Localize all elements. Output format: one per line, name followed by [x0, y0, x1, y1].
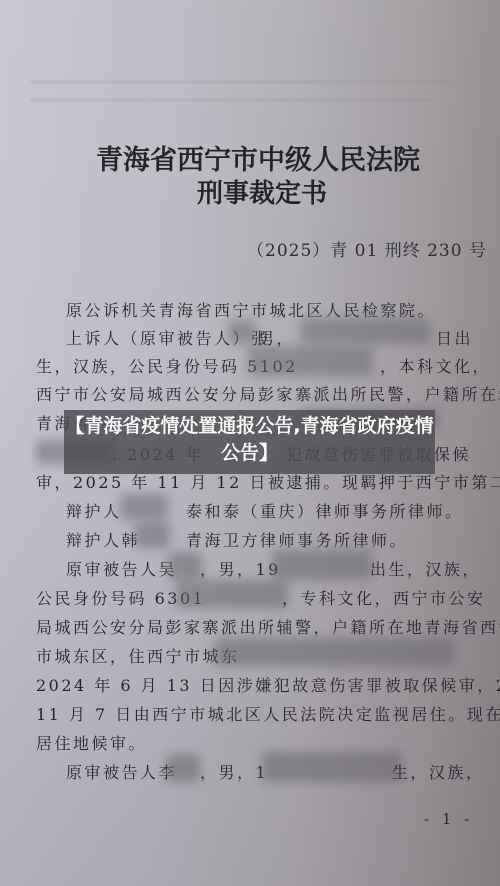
redaction [248, 346, 373, 376]
defendant-2-education: ，专科文化，西宁市公安 [282, 586, 486, 609]
redaction [166, 754, 200, 782]
redaction [228, 320, 256, 344]
defendant-2-label: 原审被告人吴 [66, 557, 177, 580]
case-number: （2025）青 01 刑终 230 号 [247, 236, 487, 261]
defender-2-firm: 青海卫方律师事务所律师。 [186, 528, 408, 551]
defendant-2-gender: ，男，19 [200, 557, 281, 580]
redaction [120, 494, 168, 520]
defender-1-firm: 泰和泰（重庆）律师事务所律师。 [186, 499, 464, 522]
appellant-occupation-line: 西宁市公安局城西公安分局彭家寨派出所民警，户籍所在地 [36, 382, 500, 405]
document-type: 刑事裁定书 [12, 173, 500, 210]
defendant-3-birth: 生，汉族， [392, 760, 485, 783]
headline-overlay-text: 【青海省疫情处置通报公告,青海省政府疫情公告】 [64, 413, 435, 467]
faded-background-text [30, 80, 470, 116]
defendant-2-bail-line: 2024 年 6 月 13 日因涉嫌犯故意伤害罪被取保候审，2025 年 [36, 673, 500, 696]
defendant-3-label: 原审被告人李 [66, 760, 177, 783]
appellant-birth-suffix: 日出 [436, 326, 473, 349]
court-name: 青海省西宁市中级人民法院 [8, 138, 500, 177]
defender-2-label: 辩护人韩 [66, 528, 140, 551]
defendant-2-occupation-line: 局城西公安分局彭家寨派出所辅警，户籍所在地青海省西宁 [36, 615, 500, 638]
redaction [168, 552, 202, 580]
redaction [214, 638, 454, 666]
defendant-2-birth: 出生，汉族， [370, 557, 481, 580]
defendant-2-residence-line: 市城东区，住西宁市城东 [36, 644, 240, 667]
redaction [272, 550, 372, 580]
defendant-3-gender: ，男，1 [200, 760, 268, 783]
redaction [134, 522, 170, 548]
appellant-education: ，本科文化， [380, 354, 491, 377]
redaction [300, 318, 430, 344]
page-number: - 1 - [424, 810, 473, 828]
defender-1-label: 辩护人 [66, 499, 122, 522]
redaction [176, 580, 288, 608]
defendant-2-status-line: 居住地候审。 [36, 731, 147, 754]
defendant-2-surveillance-line: 11 月 7 日由西宁市城北区人民法院决定监视居住。现在监视 [36, 702, 500, 725]
redaction [262, 752, 402, 782]
